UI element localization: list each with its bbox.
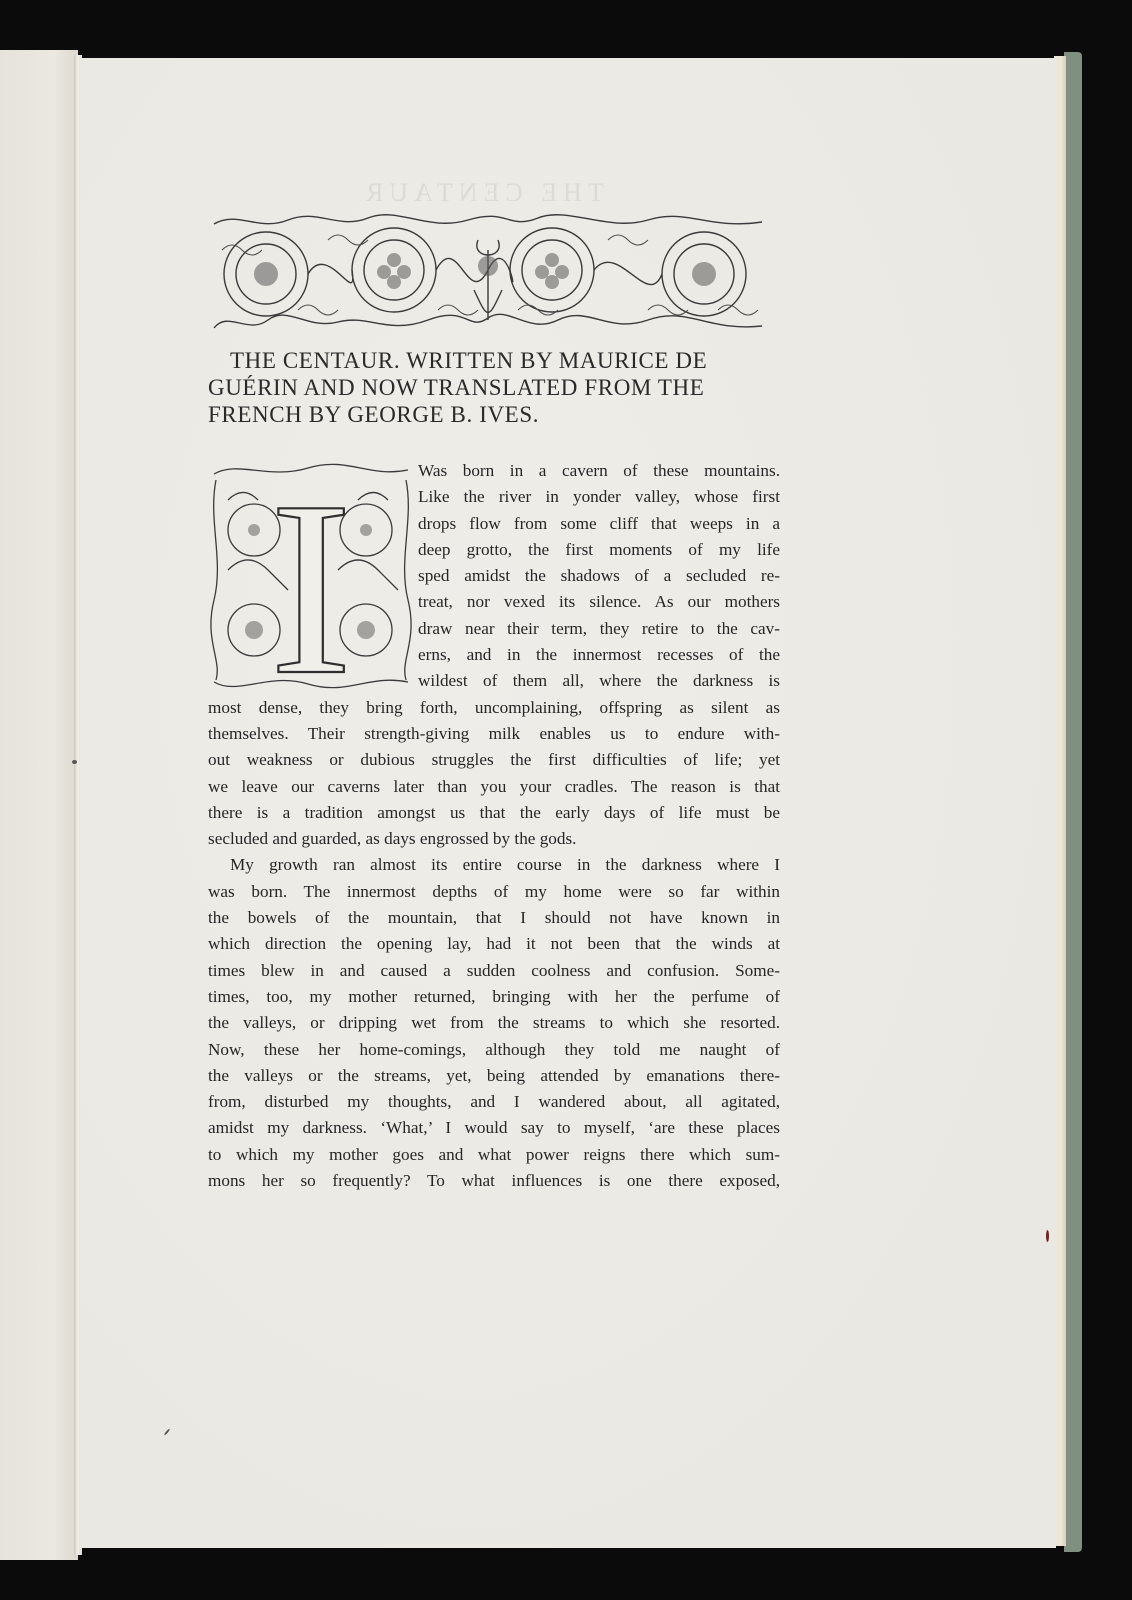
left-page: [0, 50, 78, 1560]
text-line: amidst my darkness. ‘What,’ I would say …: [208, 1115, 780, 1141]
text-line: Like the river in yonder valley, whose f…: [418, 484, 780, 510]
title-line: FRENCH BY GEORGE B. IVES.: [208, 401, 768, 428]
paper-speck: [1046, 1230, 1049, 1242]
text-line: there is a tradition amongst us that the…: [208, 800, 780, 826]
text-line: deep grotto, the first moments of my lif…: [418, 537, 780, 563]
text-line: secluded and guarded, as days engrossed …: [208, 826, 780, 852]
text-line: to which my mother goes and what power r…: [208, 1142, 780, 1168]
text-line: themselves. Their strength-giving milk e…: [208, 721, 780, 747]
text-line: draw near their term, they retire to the…: [418, 616, 780, 642]
text-line: we leave our caverns later than you your…: [208, 774, 780, 800]
text-line: most dense, they bring forth, uncomplain…: [208, 695, 780, 721]
dropcap-paragraph-lines: Was born in a cavern of these mountains.…: [208, 458, 780, 695]
paper-speck: [72, 760, 77, 764]
text-line: times, too, my mother returned, bringing…: [208, 984, 780, 1010]
paragraph-2: My growth ran almost its entire course i…: [208, 852, 780, 1194]
text-line: My growth ran almost its entire course i…: [208, 852, 780, 878]
text-line: was born. The innermost depths of my hom…: [208, 879, 780, 905]
text-line: the valleys, or dripping wet from the st…: [208, 1010, 780, 1036]
text-line: the valleys or the streams, yet, being a…: [208, 1063, 780, 1089]
text-line: Now, these her home-comings, although th…: [208, 1037, 780, 1063]
text-line: times blew in and caused a sudden coolne…: [208, 958, 780, 984]
title-line: THE CENTAUR. WRITTEN BY MAURICE DE: [208, 347, 768, 374]
text-line: Was born in a cavern of these mountains.: [418, 458, 780, 484]
paragraph-1: most dense, they bring forth, uncomplain…: [208, 695, 780, 853]
body-text: Was born in a cavern of these mountains.…: [208, 458, 780, 1194]
chapter-title: THE CENTAUR. WRITTEN BY MAURICE DE GUÉRI…: [208, 347, 768, 428]
cover-edge: [1064, 52, 1082, 1552]
text-line: mons her so frequently? To what influenc…: [208, 1168, 780, 1194]
text-line: erns, and in the innermost recesses of t…: [418, 642, 780, 668]
bleed-through-text: THE CENTAUR: [360, 178, 604, 208]
text-line: out weakness or dubious struggles the fi…: [208, 747, 780, 773]
text-line: drops flow from some cliff that weeps in…: [418, 511, 780, 537]
title-line: GUÉRIN AND NOW TRANSLATED FROM THE: [208, 374, 768, 401]
text-line: the bowels of the mountain, that I shoul…: [208, 905, 780, 931]
text-line: treat, nor vexed its silence. As our mot…: [418, 589, 780, 615]
text-line: which direction the opening lay, had it …: [208, 931, 780, 957]
text-line: wildest of them all, where the darkness …: [418, 668, 780, 694]
floral-headpiece-ornament-icon: [208, 210, 768, 340]
text-line: from, disturbed my thoughts, and I wande…: [208, 1089, 780, 1115]
text-line: sped amidst the shadows of a secluded re…: [418, 563, 780, 589]
